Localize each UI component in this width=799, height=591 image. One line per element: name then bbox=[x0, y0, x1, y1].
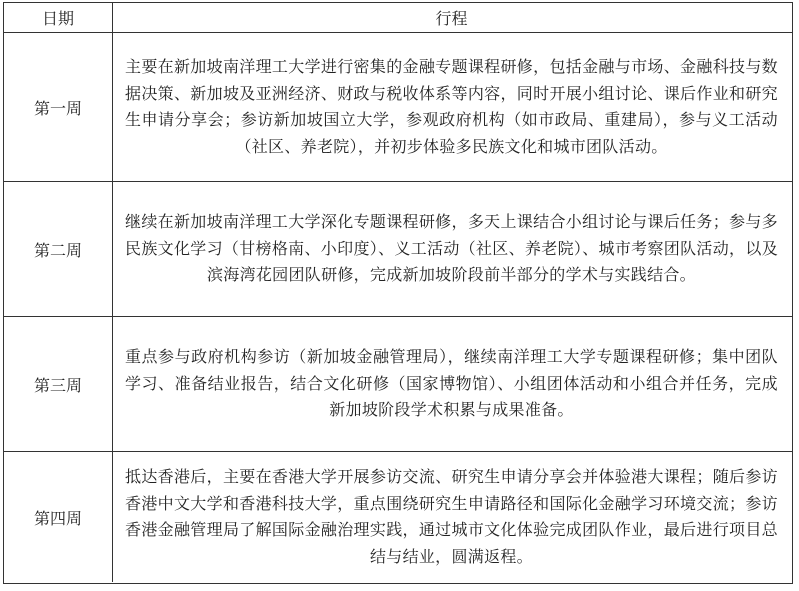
table-row: 第二周 继续在新加坡南洋理工大学深化专题课程研修，多天上课结合小组讨论与课后任务… bbox=[4, 181, 792, 316]
itinerary-text: 抵达香港后，主要在香港大学开展参访交流、研究生申请分享会并体验港大课程；随后参访… bbox=[125, 464, 778, 570]
table-row: 第四周 抵达香港后，主要在香港大学开展参访交流、研究生申请分享会并体验港大课程；… bbox=[4, 451, 792, 582]
itinerary-text: 继续在新加坡南洋理工大学深化专题课程研修，多天上课结合小组讨论与课后任务；参与多… bbox=[125, 209, 778, 289]
header-date: 日期 bbox=[4, 3, 113, 32]
itinerary-table: 日期 行程 第一周 主要在新加坡南洋理工大学进行密集的金融专题课程研修，包括金融… bbox=[3, 2, 793, 584]
table-row: 第一周 主要在新加坡南洋理工大学进行密集的金融专题课程研修，包括金融与市场、金融… bbox=[4, 32, 792, 181]
week-label: 第二周 bbox=[4, 182, 113, 316]
itinerary-text: 主要在新加坡南洋理工大学进行密集的金融专题课程研修，包括金融与市场、金融科技与数… bbox=[125, 54, 778, 160]
week-label: 第一周 bbox=[4, 33, 113, 181]
table-row: 第三周 重点参与政府机构参访（新加坡金融管理局），继续南洋理工大学专题课程研修；… bbox=[4, 316, 792, 451]
header-itinerary: 行程 bbox=[113, 3, 792, 32]
week-label: 第四周 bbox=[4, 452, 113, 582]
table-header-row: 日期 行程 bbox=[4, 3, 792, 32]
week-label: 第三周 bbox=[4, 317, 113, 451]
itinerary-text: 重点参与政府机构参访（新加坡金融管理局），继续南洋理工大学专题课程研修；集中团队… bbox=[125, 344, 778, 424]
